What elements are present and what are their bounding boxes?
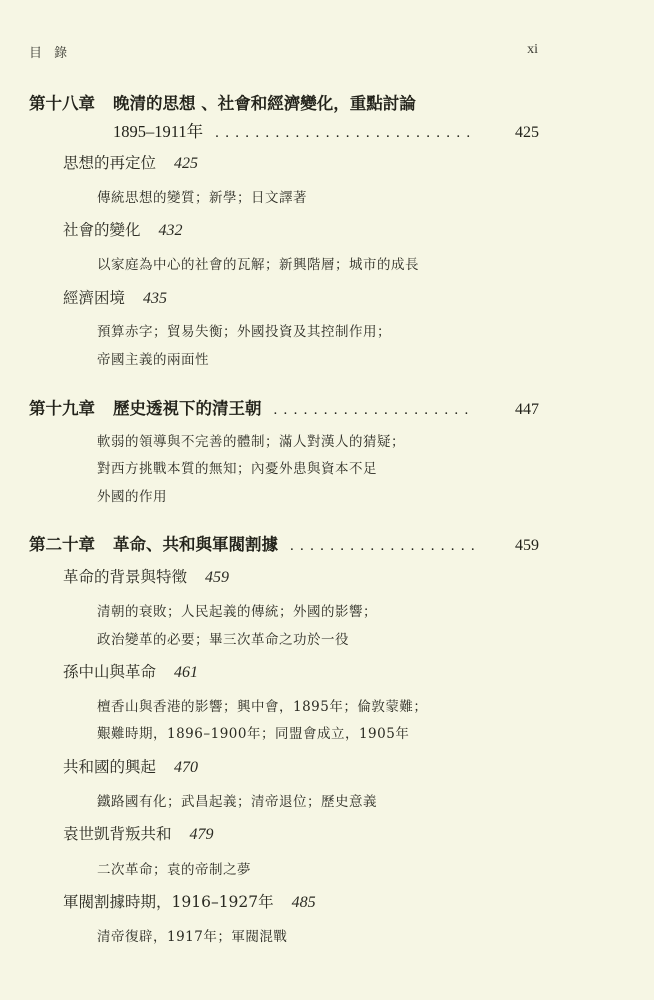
topic-line: 預算赤字；貿易失衡；外國投資及其控制作用； (97, 320, 391, 340)
chapter-title: 歷史透視下的清王朝 (113, 395, 262, 419)
section-title: 軍閥割據時期，1916–1927年 (63, 893, 274, 911)
page-number: xi (527, 42, 538, 58)
section-entry[interactable]: 思想的再定位425 (63, 151, 198, 173)
section-entry[interactable]: 革命的背景與特徵459 (63, 565, 229, 587)
chapter-page: 425 (509, 124, 539, 142)
section-entry[interactable]: 共和國的興起470 (63, 755, 198, 777)
section-title: 思想的再定位 (63, 154, 156, 172)
section-page: 470 (174, 759, 198, 776)
section-entry[interactable]: 孫中山與革命461 (63, 660, 198, 682)
chapter-18-heading-cont[interactable]: 1895–1911年 .......................... 42… (113, 118, 539, 142)
section-page: 485 (292, 894, 316, 911)
topic-line: 二次革命；袁的帝制之夢 (97, 858, 251, 878)
section-page: 432 (159, 222, 183, 239)
running-head-title: 目 錄 (29, 42, 71, 61)
chapter-number: 第十八章 (29, 90, 113, 114)
section-title: 社會的變化 (63, 221, 141, 239)
section-entry[interactable]: 軍閥割據時期，1916–1927年485 (63, 890, 316, 912)
chapter-page: 447 (509, 401, 539, 419)
topic-line: 艱難時期，1896–1900年；同盟會成立，1905年 (97, 722, 409, 742)
section-page: 435 (143, 290, 167, 307)
section-page: 461 (174, 664, 198, 681)
chapter-page: 459 (509, 537, 539, 555)
topic-line: 傳統思想的變質；新學；日文譯著 (97, 186, 307, 206)
section-page: 459 (205, 569, 229, 586)
topic-line: 帝國主義的兩面性 (97, 348, 209, 368)
dot-leader: .......................... (215, 125, 499, 142)
toc-page: 目 錄 xi 第十八章晚清的思想 、社會和經濟變化，重點討論 1895–1911… (0, 0, 654, 1000)
topic-line: 清帝復辟，1917年；軍閥混戰 (97, 925, 287, 945)
topic-line: 外國的作用 (97, 485, 167, 505)
chapter-title: 晚清的思想 、社會和經濟變化，重點討論 (113, 90, 416, 114)
section-title: 革命的背景與特徵 (63, 568, 187, 586)
chapter-20-heading[interactable]: 第二十章革命、共和與軍閥割據 ................... 459 (29, 531, 539, 555)
section-page: 425 (174, 155, 198, 172)
chapter-18-heading[interactable]: 第十八章晚清的思想 、社會和經濟變化，重點討論 (29, 90, 416, 114)
section-page: 479 (190, 826, 214, 843)
topic-line: 鐵路國有化；武昌起義；清帝退位；歷史意義 (97, 790, 377, 810)
section-title: 共和國的興起 (63, 758, 156, 776)
section-title: 經濟困境 (63, 289, 125, 307)
section-entry[interactable]: 社會的變化432 (63, 218, 183, 240)
topic-line: 政治變革的必要；畢三次革命之功於一役 (97, 628, 349, 648)
topic-line: 以家庭為中心的社會的瓦解；新興階層；城市的成長 (97, 253, 419, 273)
chapter-title: 革命、共和與軍閥割據 (113, 531, 278, 555)
dot-leader: .................... (274, 402, 500, 419)
topic-line: 對西方挑戰本質的無知；內憂外患與資本不足 (97, 457, 377, 477)
chapter-19-heading[interactable]: 第十九章歷史透視下的清王朝 .................... 447 (29, 395, 539, 419)
topic-line: 軟弱的領導與不完善的體制；滿人對漢人的猜疑； (97, 430, 405, 450)
topic-line: 檀香山與香港的影響；興中會，1895年；倫敦蒙難； (97, 695, 427, 715)
chapter-title-cont: 1895–1911年 (113, 118, 203, 142)
section-title: 袁世凱背叛共和 (63, 825, 172, 843)
section-entry[interactable]: 經濟困境435 (63, 286, 167, 308)
topic-line: 清朝的衰敗；人民起義的傳統；外國的影響； (97, 600, 377, 620)
dot-leader: ................... (290, 538, 499, 555)
chapter-number: 第十九章 (29, 395, 113, 419)
section-entry[interactable]: 袁世凱背叛共和479 (63, 822, 214, 844)
running-head: 目 錄 xi (29, 42, 538, 62)
section-title: 孫中山與革命 (63, 663, 156, 681)
chapter-number: 第二十章 (29, 531, 113, 555)
